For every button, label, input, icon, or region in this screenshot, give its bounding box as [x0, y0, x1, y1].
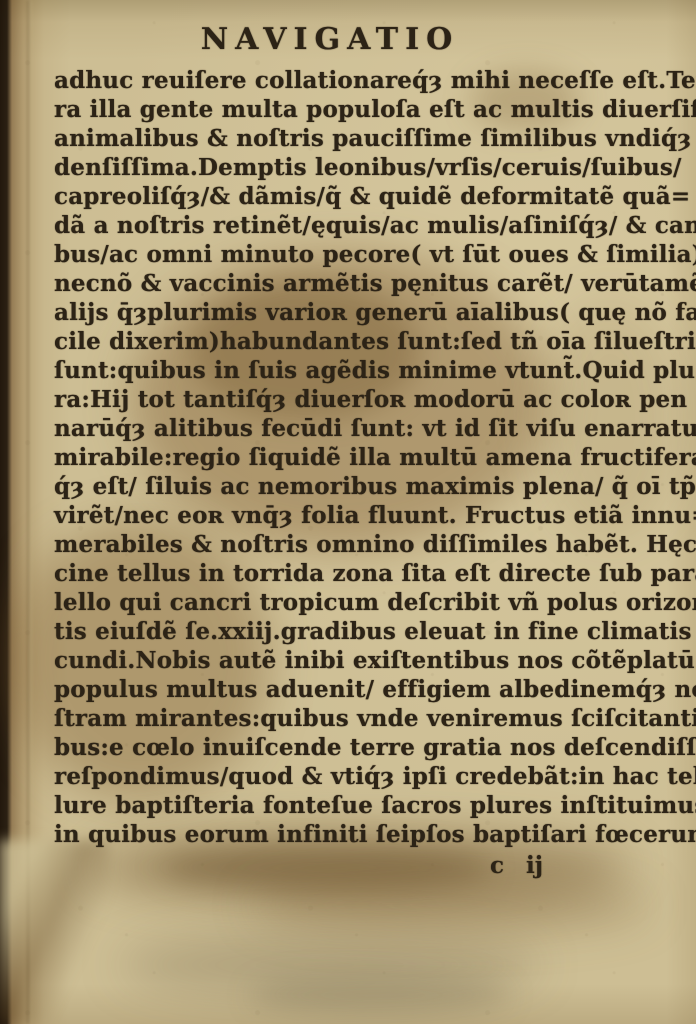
- text-line: bus:e cœlo inuiſcende terre gratia nos d…: [54, 733, 642, 762]
- scanned-book-photo: { "colors": { "parchment": "#cdbe94", "i…: [0, 0, 696, 1024]
- text-line: alijs q̄ȝplurimis varioʀ generū aīalibus…: [54, 298, 642, 327]
- bottom-left-fold: [0, 840, 110, 1024]
- text-line: cine tellus in torrida zona ſita eſt dir…: [54, 559, 642, 588]
- text-line: bus/ac omni minuto pecore( vt ſūt oues &…: [54, 240, 642, 269]
- parchment-page: NAVIGATIO adhuc reuiſere collationareq́ȝ…: [0, 0, 696, 1024]
- text-line: ra illa gente multa populoſa eſt ac mult…: [54, 95, 642, 124]
- text-line: merabiles & noſtris omnino diſſimiles ha…: [54, 530, 642, 559]
- text-line: adhuc reuiſere collationareq́ȝ mihi nece…: [54, 66, 642, 95]
- text-line: denſiſſima.Demptis leonibus/vrſis/ceruis…: [54, 153, 642, 182]
- text-line: lure baptiſteria fonteſue ſacros plures …: [54, 791, 642, 820]
- text-line: ſunt:quibus in ſuis agẽdis minime vtunt̃…: [54, 356, 642, 385]
- text-line: mirabile:regio ſiquidẽ illa multū amena …: [54, 443, 642, 472]
- text-line: in quibus eorum infiniti ſeipſos baptiſa…: [54, 820, 642, 849]
- text-line: ſtram mirantes:quibus vnde veniremus ſci…: [54, 704, 642, 733]
- text-line: tis eiuſdẽ ſe.xxiij.gradibus eleuat in f…: [54, 617, 642, 646]
- text-line: q́ȝ eſt/ ſiluis ac nemoribus maximis ple…: [54, 472, 642, 501]
- text-block: adhuc reuiſere collationareq́ȝ mihi nece…: [54, 66, 642, 849]
- text-line: lello qui cancri tropicum deſcribit vñ p…: [54, 588, 642, 617]
- page-heading: NAVIGATIO: [40, 22, 620, 57]
- text-line: animalibus & noſtris pauciſſime ſimilibu…: [54, 124, 642, 153]
- stain-bottom-core: [160, 845, 490, 890]
- stain-showthrough-2: [250, 975, 510, 1015]
- text-line: necnõ & vaccinis armẽtis pęnitus carẽt/ …: [54, 269, 642, 298]
- quire-signature: c ij: [490, 852, 543, 879]
- text-line: reſpondimus/quod & vtiq́ȝ ipſi credebãt:…: [54, 762, 642, 791]
- stain-showthrough-1: [120, 935, 540, 995]
- text-line: capreoliſq́ȝ/& dãmis/q̃ & quidẽ deformit…: [54, 182, 642, 211]
- text-line: cile dixerim)habundantes ſunt:ſed tñ oīa…: [54, 327, 642, 356]
- text-line: dã a noſtris retinẽt/ęquis/ac mulis/aſin…: [54, 211, 642, 240]
- text-line: virẽt/nec eoʀ vnq̄ȝ folia fluunt. Fructu…: [54, 501, 642, 530]
- stain-top-band: [250, 880, 650, 930]
- text-line: narūq́ȝ alitibus fecūdi ſunt: vt id ſit …: [54, 414, 642, 443]
- text-line: ra:Hij tot tantiſq́ȝ diuerſoʀ modorū ac …: [54, 385, 642, 414]
- text-line: cundi.Nobis autẽ inibi exiſtentibus nos …: [54, 646, 642, 675]
- text-line: populus multus aduenit/ effigiem albedin…: [54, 675, 642, 704]
